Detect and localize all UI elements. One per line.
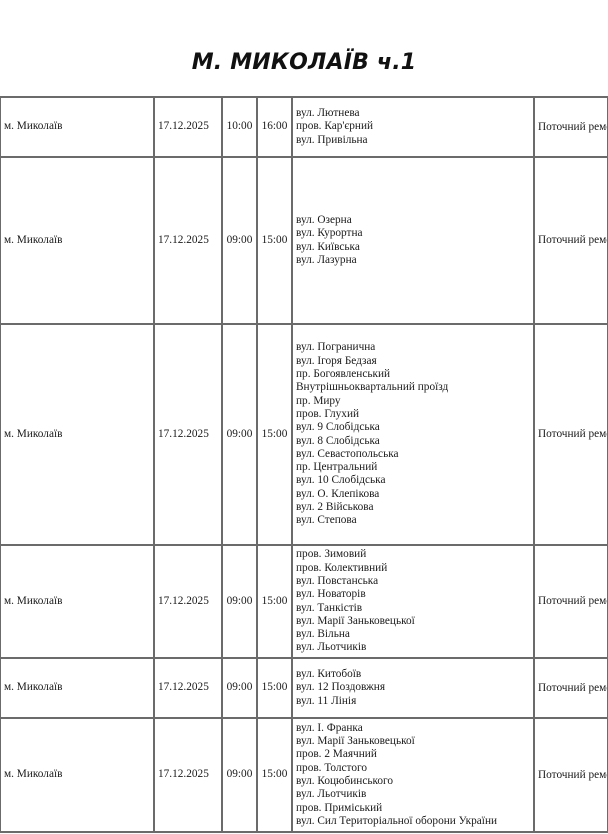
street-name: пр. Богоявленський <box>296 368 530 381</box>
streets-cell: вул. Китобоїввул. 12 Поздовжнявул. 11 Лі… <box>292 658 534 718</box>
street-name: Внутрішньоквартальний проїзд <box>296 381 530 394</box>
date-cell: 17.12.2025 <box>154 157 222 324</box>
table-row: м. Миколаїв17.12.202509:0015:00пров. Зим… <box>0 545 608 658</box>
date-cell: 17.12.2025 <box>154 324 222 545</box>
street-name: вул. Новаторів <box>296 588 530 601</box>
street-name: пр. Миру <box>296 395 530 408</box>
street-name: вул. Лазурна <box>296 254 530 267</box>
city-cell: м. Миколаїв <box>0 324 154 545</box>
street-name: пров. Приміський <box>296 802 530 815</box>
work-type-cell: Поточний ремонт <box>534 658 608 718</box>
street-name: вул. 8 Слобідська <box>296 435 530 448</box>
street-name: вул. Погранична <box>296 341 530 354</box>
street-name: вул. Льотчиків <box>296 641 530 654</box>
street-name: пров. Кар'єрний <box>296 120 530 133</box>
street-name: вул. Вільна <box>296 628 530 641</box>
street-name: вул. 12 Поздовжня <box>296 681 530 694</box>
street-name: пров. Глухий <box>296 408 530 421</box>
streets-cell: вул. І. Франкавул. Марії Заньковецькоїпр… <box>292 718 534 832</box>
streets-cell: вул. Пограничнавул. Ігоря Бедзаяпр. Бого… <box>292 324 534 545</box>
work-type-cell: Поточний ремонт <box>534 718 608 832</box>
street-name: вул. Марії Заньковецької <box>296 615 530 628</box>
end-time-cell: 15:00 <box>257 658 292 718</box>
start-time-cell: 09:00 <box>222 658 257 718</box>
street-name: вул. Китобоїв <box>296 668 530 681</box>
end-time-cell: 15:00 <box>257 718 292 832</box>
date-cell: 17.12.2025 <box>154 97 222 157</box>
end-time-cell: 16:00 <box>257 97 292 157</box>
date-cell: 17.12.2025 <box>154 718 222 832</box>
street-name: вул. 2 Військова <box>296 501 530 514</box>
streets-cell: вул. Озернавул. Курортнавул. Київськавул… <box>292 157 534 324</box>
city-cell: м. Миколаїв <box>0 718 154 832</box>
work-type-cell: Поточний ремонт <box>534 157 608 324</box>
street-name: пров. 2 Маячний <box>296 748 530 761</box>
end-time-cell: 15:00 <box>257 157 292 324</box>
street-name: вул. О. Клепікова <box>296 488 530 501</box>
start-time-cell: 09:00 <box>222 324 257 545</box>
street-name: вул. 10 Слобідська <box>296 474 530 487</box>
city-cell: м. Миколаїв <box>0 658 154 718</box>
street-name: вул. 11 Лінія <box>296 695 530 708</box>
page-title: М. МИКОЛАЇВ ч.1 <box>0 50 608 75</box>
date-cell: 17.12.2025 <box>154 545 222 658</box>
street-name: вул. Севастопольська <box>296 448 530 461</box>
outage-schedule-table: м. Миколаїв17.12.202510:0016:00вул. Лютн… <box>0 96 608 833</box>
city-cell: м. Миколаїв <box>0 97 154 157</box>
street-name: вул. Сил Територіальної оборони України <box>296 815 530 828</box>
date-cell: 17.12.2025 <box>154 658 222 718</box>
table-row: м. Миколаїв17.12.202509:0015:00вул. Погр… <box>0 324 608 545</box>
street-name: вул. Степова <box>296 514 530 527</box>
end-time-cell: 15:00 <box>257 324 292 545</box>
table-row: м. Миколаїв17.12.202509:0015:00вул. І. Ф… <box>0 718 608 832</box>
street-name: вул. Озерна <box>296 214 530 227</box>
street-name: вул. Марії Заньковецької <box>296 735 530 748</box>
table-row: м. Миколаїв17.12.202509:0015:00вул. Озер… <box>0 157 608 324</box>
city-cell: м. Миколаїв <box>0 157 154 324</box>
start-time-cell: 10:00 <box>222 97 257 157</box>
street-name: вул. Коцюбинського <box>296 775 530 788</box>
work-type-cell: Поточний ремонт <box>534 545 608 658</box>
street-name: вул. 9 Слобідська <box>296 421 530 434</box>
end-time-cell: 15:00 <box>257 545 292 658</box>
start-time-cell: 09:00 <box>222 157 257 324</box>
streets-cell: вул. Лютневапров. Кар'єрнийвул. Привільн… <box>292 97 534 157</box>
streets-cell: пров. Зимовийпров. Колективнийвул. Повст… <box>292 545 534 658</box>
street-name: вул. Київська <box>296 241 530 254</box>
street-name: пр. Центральний <box>296 461 530 474</box>
work-type-cell: Поточний ремонт <box>534 324 608 545</box>
street-name: вул. Ігоря Бедзая <box>296 355 530 368</box>
city-cell: м. Миколаїв <box>0 545 154 658</box>
street-name: вул. Танкістів <box>296 602 530 615</box>
table-row: м. Миколаїв17.12.202510:0016:00вул. Лютн… <box>0 97 608 157</box>
street-name: пров. Зимовий <box>296 548 530 561</box>
start-time-cell: 09:00 <box>222 545 257 658</box>
street-name: вул. Лютнева <box>296 107 530 120</box>
street-name: пров. Толстого <box>296 762 530 775</box>
street-name: вул. Курортна <box>296 227 530 240</box>
street-name: вул. Повстанська <box>296 575 530 588</box>
street-name: вул. І. Франка <box>296 722 530 735</box>
table-row: м. Миколаїв17.12.202509:0015:00вул. Кито… <box>0 658 608 718</box>
street-name: пров. Колективний <box>296 562 530 575</box>
street-name: вул. Льотчиків <box>296 788 530 801</box>
start-time-cell: 09:00 <box>222 718 257 832</box>
work-type-cell: Поточний ремонт <box>534 97 608 157</box>
street-name: вул. Привільна <box>296 134 530 147</box>
